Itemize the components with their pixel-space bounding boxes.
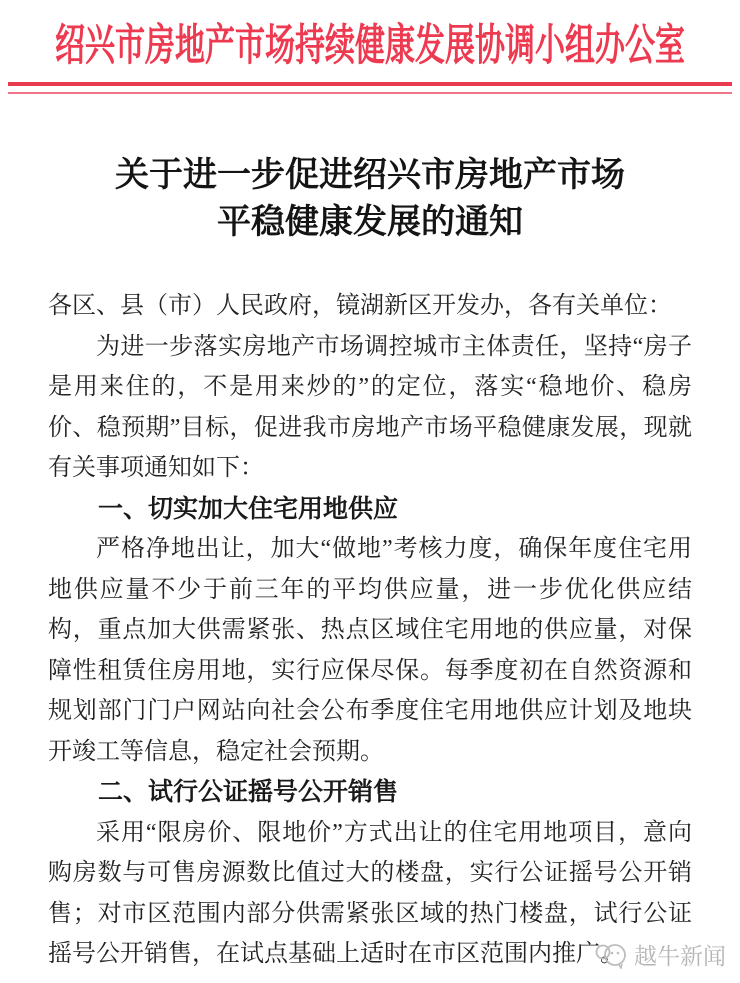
watermark-label: 越牛新闻 <box>634 938 726 971</box>
notice-title-line2: 平稳健康发展的通知 <box>0 199 740 246</box>
letterhead-divider-thick <box>8 82 732 86</box>
letterhead: 绍兴市房地产市场持续健康发展协调小组办公室 <box>0 0 740 82</box>
salutation-line: 各区、县（市）人民政府，镜湖新区开发办，各有关单位： <box>48 286 692 327</box>
notice-body: 各区、县（市）人民政府，镜湖新区开发办，各有关单位： 为进一步落实房地产市场调控… <box>48 286 692 975</box>
letterhead-divider-thin <box>8 92 732 94</box>
section-1-paragraph: 严格净地出让，加大“做地”考核力度，确保年度住宅用地供应量不少于前三年的平均供应… <box>48 529 692 772</box>
section-2-heading: 二、试行公证摇号公开销售 <box>48 772 692 813</box>
notice-title-line1: 关于进一步促进绍兴市房地产市场 <box>0 152 740 199</box>
document-page: 绍兴市房地产市场持续健康发展协调小组办公室 关于进一步促进绍兴市房地产市场 平稳… <box>0 0 740 983</box>
notice-title: 关于进一步促进绍兴市房地产市场 平稳健康发展的通知 <box>0 152 740 246</box>
news-watermark: 越牛新闻 <box>594 938 726 971</box>
issuing-office-title: 绍兴市房地产市场持续健康发展协调小组办公室 <box>55 9 685 73</box>
intro-paragraph: 为进一步落实房地产市场调控城市主体责任，坚持“房子是用来住的，不是用来炒的”的定… <box>48 327 692 489</box>
section-1-heading: 一、切实加大住宅用地供应 <box>48 489 692 530</box>
bull-face-icon <box>594 941 630 969</box>
